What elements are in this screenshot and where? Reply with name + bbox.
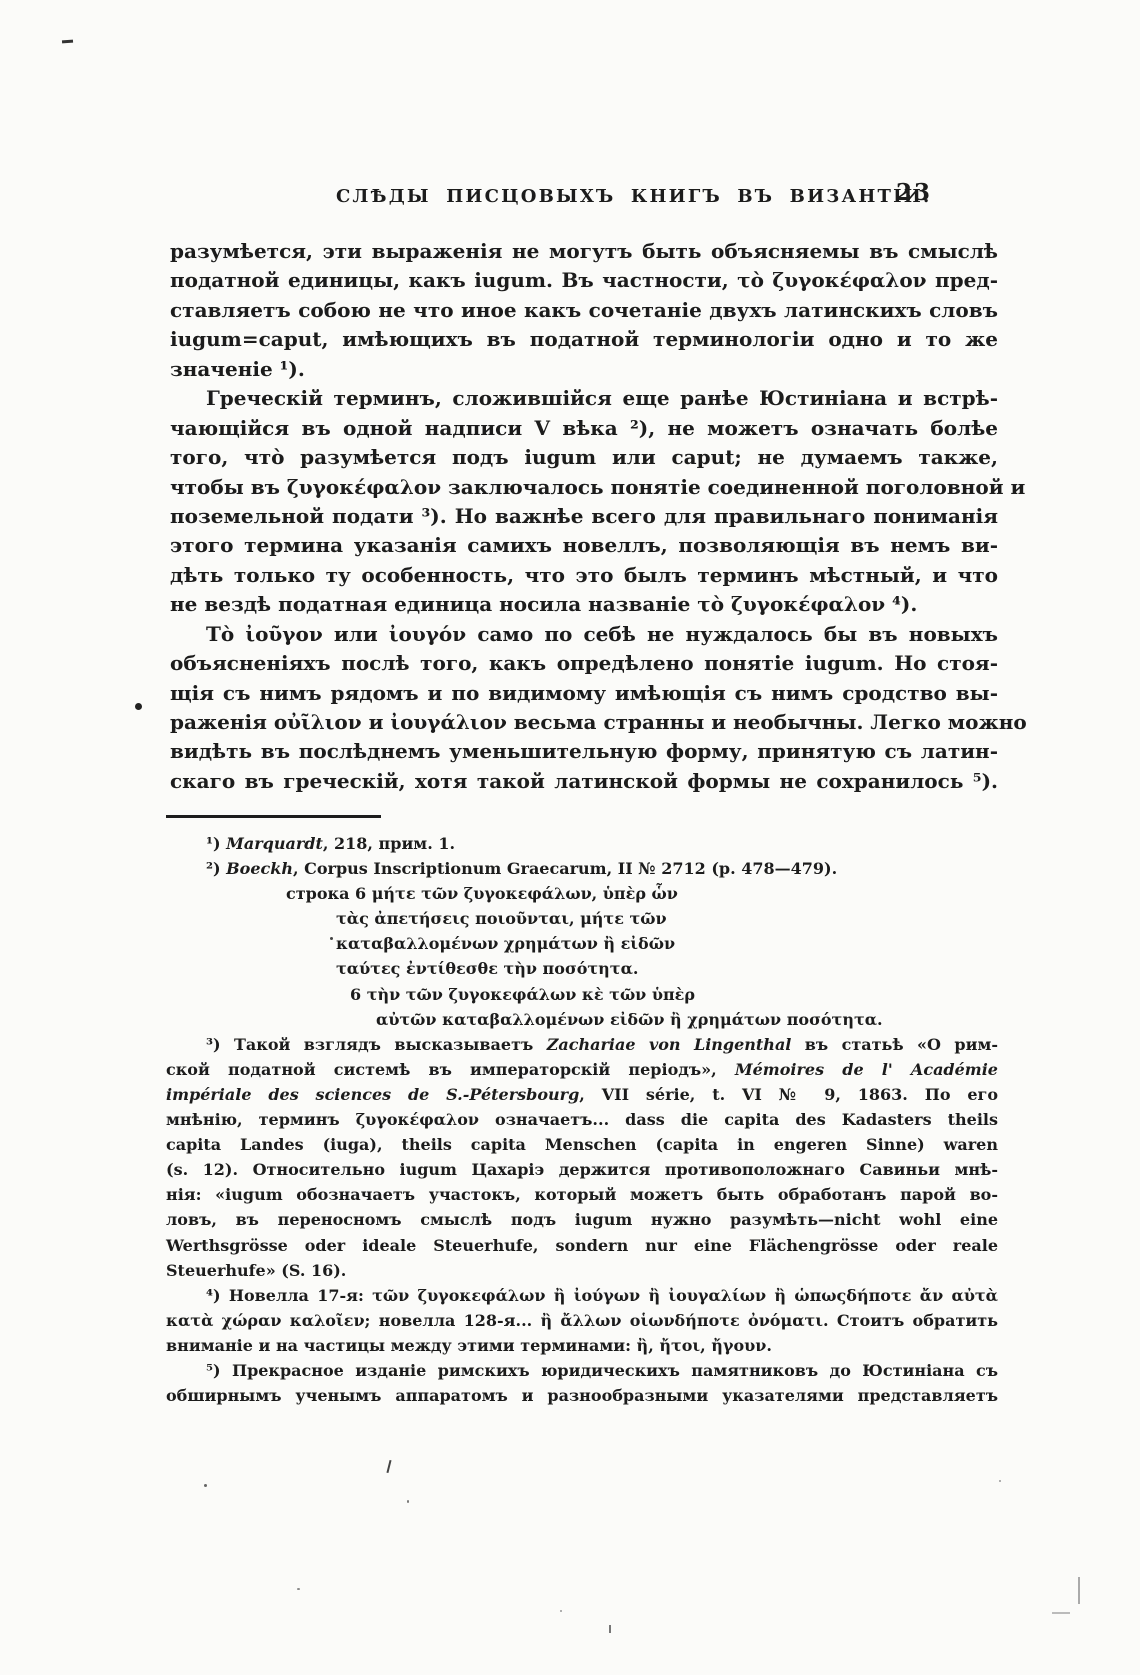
text-segment: податной единицы, какъ iugum. Въ частнос…	[170, 268, 998, 292]
text-segment: видѣть въ послѣднемъ уменьшительную форм…	[170, 739, 998, 763]
scan-artifact-tick	[609, 1625, 611, 1633]
text-line: iugum=caput, имѣющихъ въ податной термин…	[170, 325, 998, 354]
running-header-title: СЛѢДЫ ПИСЦОВЫХЪ КНИГЪ ВЪ ВИЗАНТІИ.	[336, 186, 931, 207]
ink-speck	[135, 703, 142, 710]
text-segment: αὐτῶν καταβαλλομένων εἰδῶν ἢ χρημάτων πο…	[376, 1010, 883, 1029]
text-segment: Steuerhufe» (S. 16).	[166, 1261, 346, 1280]
text-segment: ставляетъ собою не что иное какъ сочетан…	[170, 298, 998, 322]
text-segment: , Corpus Inscriptionum Graecarum, II № 2…	[293, 859, 837, 878]
italic-text-segment: Mémoires de l' Académie	[735, 1060, 998, 1079]
text-segment: , VII série, t. VI № 9, 1863. По его	[579, 1085, 998, 1104]
italic-text-segment: Marquardt	[226, 834, 323, 853]
text-segment: поземельной подати ³). Но важнѣе всего д…	[170, 504, 998, 528]
text-line: чающійся въ одной надписи V вѣка ²), не …	[170, 414, 998, 443]
text-segment: обширнымъ ученымъ аппаратомъ и разнообра…	[166, 1386, 998, 1405]
text-line: щія съ нимъ рядомъ и по видимому имѣющія…	[170, 679, 998, 708]
footnotes-block: ¹) Marquardt, 218, прим. 1.²) Boeckh, Co…	[166, 831, 998, 1408]
text-segment: ³) Такой взглядъ высказываетъ	[206, 1035, 547, 1054]
text-line: Греческій терминъ, сложившійся еще ранѣе…	[170, 384, 998, 413]
text-line: вниманіе и на частицы между этими термин…	[166, 1333, 998, 1358]
text-line: τὰς ἀπετήσεις ποιοῦνται, μήτε τῶν	[166, 906, 998, 931]
text-line: ²) Boeckh, Corpus Inscriptionum Graecaru…	[166, 856, 998, 881]
text-line: ловъ, въ переносномъ смыслѣ подъ iugum н…	[166, 1207, 998, 1232]
text-segment: строка 6 μήτε τῶν ζυγοκεφάλων, ὑπὲρ ὧν	[286, 884, 678, 903]
text-segment: разумѣется, эти выраженія не могутъ быть…	[170, 239, 998, 263]
text-segment: ⁴) Новелла 17-я: τῶν ζυγοκεφάλων ἢ ἰούγω…	[206, 1286, 998, 1305]
text-line: скаго въ греческій, хотя такой латинской…	[170, 767, 998, 796]
scan-artifact-dash	[1052, 1612, 1070, 1614]
text-line: видѣть въ послѣднемъ уменьшительную форм…	[170, 737, 998, 766]
text-line: capita Landes (iuga), theils capita Mens…	[166, 1132, 998, 1157]
text-line: ταύτες ἐντίθεσθε τὴν ποσότητα.	[166, 956, 998, 981]
text-segment: раженія οὐῖλιον и ἰουγάλιον весьма стран…	[170, 710, 1027, 734]
text-segment: Τὸ ἰοῦγον или ἰουγόν само по себѣ не нуж…	[206, 622, 998, 646]
text-line: αὐτῶν καταβαλλομένων εἰδῶν ἢ χρημάτων πο…	[166, 1007, 998, 1032]
text-segment: не вездѣ податная единица носила названі…	[170, 592, 917, 616]
italic-text-segment: impériale des sciences de S.-Pétersbourg	[166, 1085, 579, 1104]
text-line: ¹) Marquardt, 218, прим. 1.	[166, 831, 998, 856]
text-line: обширнымъ ученымъ аппаратомъ и разнообра…	[166, 1383, 998, 1408]
scan-artifact-slash	[386, 1460, 391, 1473]
scan-artifact-line	[1078, 1577, 1080, 1604]
text-line: ³) Такой взглядъ высказываетъ Zachariae …	[166, 1032, 998, 1057]
text-line: (s. 12). Относительно iugum Цахаріэ держ…	[166, 1157, 998, 1182]
text-segment: ской податной системѣ въ императорскій п…	[166, 1060, 735, 1079]
ink-speck	[407, 1500, 409, 1503]
text-segment: чтобы въ ζυγοκέφαλον заключалось понятіе…	[170, 475, 1025, 499]
text-line: καταβαλλομένων χρημάτων ἢ εἰδῶν	[166, 931, 998, 956]
text-segment: κατὰ χώραν καλοῖεν; новелла 128-я... ἢ ἄ…	[166, 1311, 998, 1330]
text-segment: въ статьѣ «О рим-	[791, 1035, 998, 1054]
text-line: раженія οὐῖλιον и ἰουγάλιον весьма стран…	[170, 708, 998, 737]
footnote-separator-rule	[166, 815, 381, 818]
text-segment: ¹)	[206, 834, 226, 853]
text-segment: того, чтò разумѣется подъ iugum или capu…	[170, 445, 998, 469]
text-line: не вездѣ податная единица носила названі…	[170, 590, 998, 619]
ink-speck	[330, 937, 333, 940]
italic-text-segment: Boeckh	[226, 859, 293, 878]
text-segment: нія: «iugum обозначаетъ участокъ, которы…	[166, 1185, 998, 1204]
text-line: 6 τὴν τῶν ζυγοκεφάλων κὲ τῶν ὑπὲρ	[166, 982, 998, 1007]
text-line: значеніе ¹).	[170, 355, 998, 384]
text-segment: τὰς ἀπετήσεις ποιοῦνται, μήτε τῶν	[336, 909, 667, 928]
text-segment: значеніе ¹).	[170, 357, 305, 381]
text-segment: (s. 12). Относительно iugum Цахаріэ держ…	[166, 1160, 998, 1179]
text-segment: этого термина указанія самихъ новеллъ, п…	[170, 533, 998, 557]
text-line: строка 6 μήτε τῶν ζυγοκεφάλων, ὑπὲρ ὧν	[166, 881, 998, 906]
text-segment: дѣть только ту особенность, что это былъ…	[170, 563, 998, 587]
text-line: податной единицы, какъ iugum. Въ частнос…	[170, 266, 998, 295]
text-line: ской податной системѣ въ императорскій п…	[166, 1057, 998, 1082]
text-segment: скаго въ греческій, хотя такой латинской…	[170, 769, 998, 793]
scan-artifact-dash	[62, 40, 73, 43]
text-line: κατὰ χώραν καλοῖεν; новелла 128-я... ἢ ἄ…	[166, 1308, 998, 1333]
text-line: impériale des sciences de S.-Pétersbourg…	[166, 1082, 998, 1107]
text-segment: чающійся въ одной надписи V вѣка ²), не …	[170, 416, 998, 440]
ink-speck	[999, 1480, 1001, 1482]
text-segment: ловъ, въ переносномъ смыслѣ подъ iugum н…	[166, 1210, 998, 1229]
text-segment: iugum=caput, имѣющихъ въ податной термин…	[170, 327, 998, 351]
text-segment: Греческій терминъ, сложившійся еще ранѣе…	[206, 386, 998, 410]
text-segment: ⁵) Прекрасное изданіе римскихъ юридическ…	[206, 1361, 998, 1380]
text-segment: ταύτες ἐντίθεσθε τὴν ποσότητα.	[336, 959, 638, 978]
ink-speck	[297, 1588, 300, 1590]
text-line: мнѣнію, терминъ ζυγοκέφαλον означаетъ...…	[166, 1107, 998, 1132]
ink-speck	[204, 1484, 207, 1487]
text-line: этого термина указанія самихъ новеллъ, п…	[170, 531, 998, 560]
text-line: разумѣется, эти выраженія не могутъ быть…	[170, 237, 998, 266]
text-segment: объясненіяхъ послѣ того, какъ опредѣлено…	[170, 651, 998, 675]
text-line: Steuerhufe» (S. 16).	[166, 1258, 998, 1283]
body-text: разумѣется, эти выраженія не могутъ быть…	[170, 237, 998, 796]
text-line: Werthsgrösse oder ideale Steuerhufe, son…	[166, 1233, 998, 1258]
text-segment: Werthsgrösse oder ideale Steuerhufe, son…	[166, 1236, 998, 1255]
text-line: Τὸ ἰοῦγον или ἰουγόν само по себѣ не нуж…	[170, 620, 998, 649]
text-line: того, чтò разумѣется подъ iugum или capu…	[170, 443, 998, 472]
text-segment: capita Landes (iuga), theils capita Mens…	[166, 1135, 998, 1154]
page-number: 23	[896, 179, 932, 206]
ink-speck	[560, 1610, 562, 1612]
text-segment: мнѣнію, терминъ ζυγοκέφαλον означаетъ...…	[166, 1110, 998, 1129]
book-page-scan: СЛѢДЫ ПИСЦОВЫХЪ КНИГЪ ВЪ ВИЗАНТІИ. 23 ра…	[0, 0, 1140, 1675]
text-segment: ²)	[206, 859, 226, 878]
text-segment: щія съ нимъ рядомъ и по видимому имѣющія…	[170, 681, 998, 705]
text-segment: вниманіе и на частицы между этими термин…	[166, 1336, 772, 1355]
text-segment: 6 τὴν τῶν ζυγοκεφάλων κὲ τῶν ὑπὲρ	[350, 985, 695, 1004]
text-segment: , 218, прим. 1.	[323, 834, 455, 853]
text-line: поземельной подати ³). Но важнѣе всего д…	[170, 502, 998, 531]
text-line: ⁴) Новелла 17-я: τῶν ζυγοκεφάλων ἢ ἰούγω…	[166, 1283, 998, 1308]
text-line: объясненіяхъ послѣ того, какъ опредѣлено…	[170, 649, 998, 678]
text-line: нія: «iugum обозначаетъ участокъ, которы…	[166, 1182, 998, 1207]
text-line: ставляетъ собою не что иное какъ сочетан…	[170, 296, 998, 325]
italic-text-segment: Zachariae von Lingenthal	[547, 1035, 792, 1054]
text-segment: καταβαλλομένων χρημάτων ἢ εἰδῶν	[336, 934, 675, 953]
text-line: ⁵) Прекрасное изданіе римскихъ юридическ…	[166, 1358, 998, 1383]
text-line: чтобы въ ζυγοκέφαλον заключалось понятіе…	[170, 473, 998, 502]
text-line: дѣть только ту особенность, что это былъ…	[170, 561, 998, 590]
